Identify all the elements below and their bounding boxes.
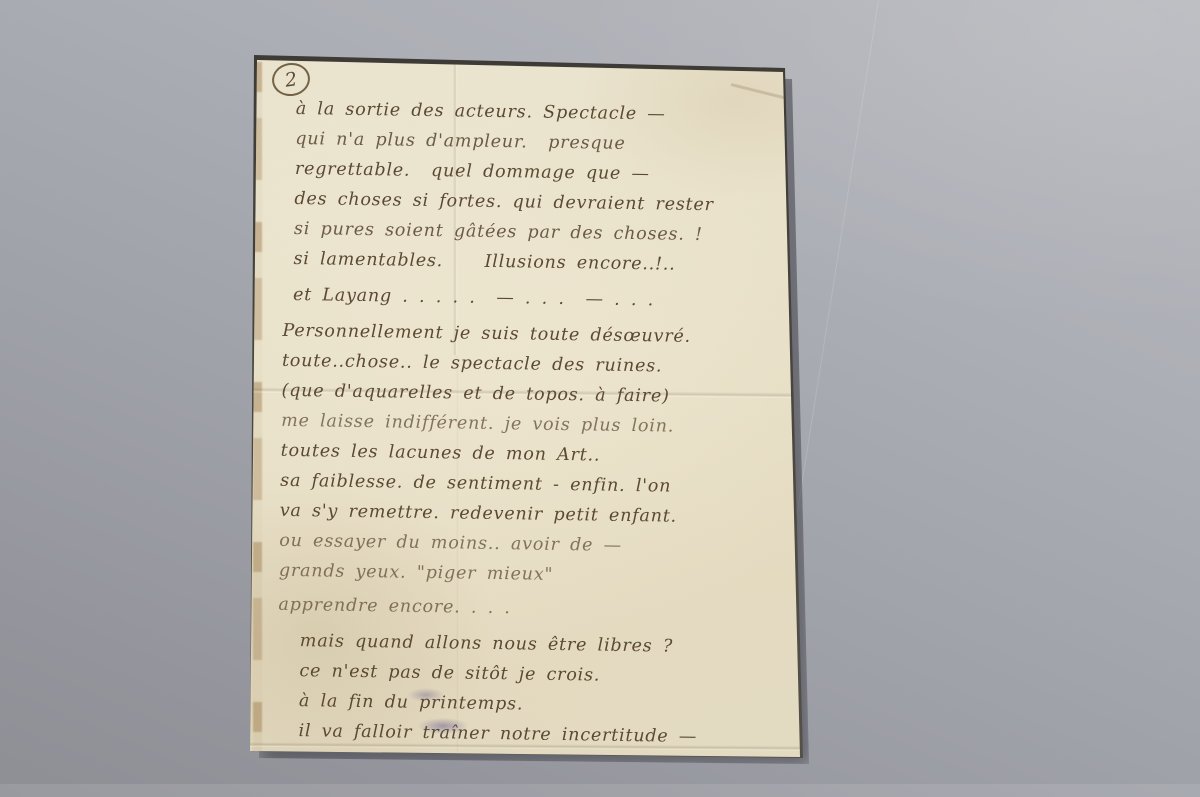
- manuscript-line: apprendre encore. . . .: [278, 590, 770, 627]
- background-bottom-highlight: [0, 784, 1200, 797]
- photograph: 2 à la sortie des acteurs. Spectacle — q…: [0, 0, 1200, 797]
- ink-smudge-trainer: [418, 718, 468, 734]
- background-scratch: [797, 0, 879, 514]
- page-number: 2: [283, 68, 298, 91]
- page-number-circled: 2: [270, 61, 312, 99]
- manuscript-text: à la sortie des acteurs. Spectacle — qui…: [286, 94, 778, 753]
- manuscript-line: grands yeux. "piger mieux": [279, 556, 771, 593]
- ink-smudge-printemps: [408, 688, 444, 702]
- manuscript-line: et Layang . . . . . — . . . — . . .: [293, 280, 775, 317]
- corner-crease: [730, 83, 787, 100]
- letter-paper: 2 à la sortie des acteurs. Spectacle — q…: [250, 60, 802, 758]
